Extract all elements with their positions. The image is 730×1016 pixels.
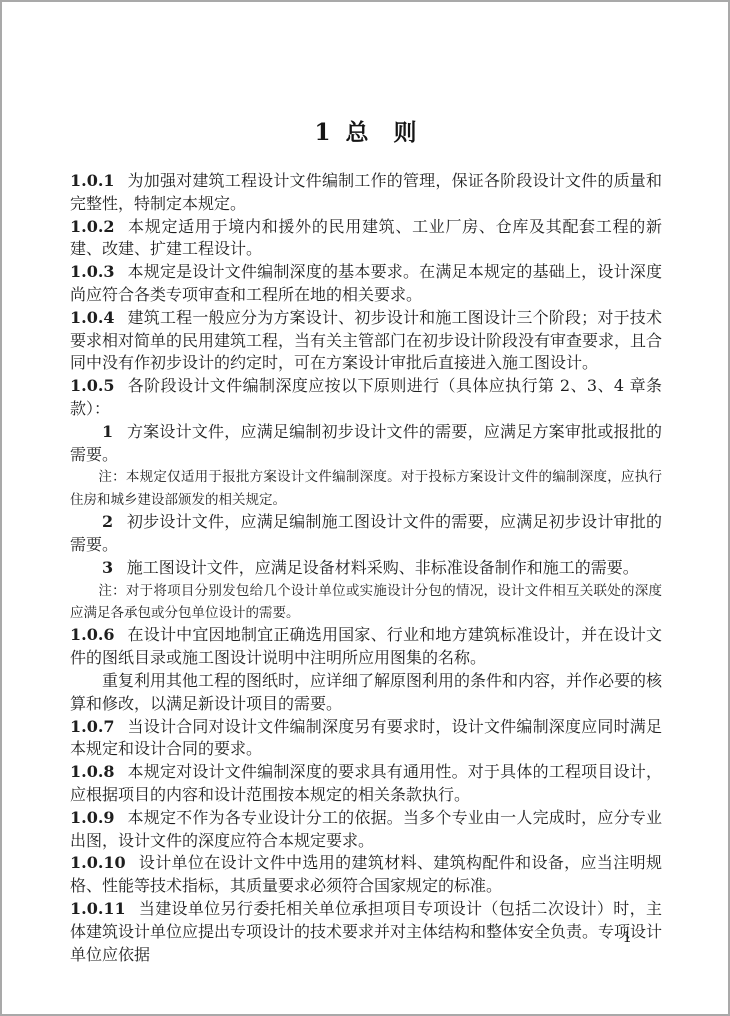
clause-text: 建筑工程一般应分为方案设计、初步设计和施工图设计三个阶段；对于技术要求相对简单的…	[70, 308, 662, 373]
clause-number: 1.0.11	[70, 899, 126, 918]
paragraph: 1.0.11当建设单位另行委托相关单位承担项目专项设计（包括二次设计）时，主体建…	[70, 898, 662, 966]
paragraph: 1.0.3本规定是设计文件编制深度的基本要求。在满足本规定的基础上，设计深度尚应…	[70, 261, 662, 307]
clause-text: 设计单位在设计文件中选用的建筑材料、建筑构配件和设备，应当注明规格、性能等技术指…	[70, 853, 662, 895]
clause-number: 1.0.3	[70, 262, 115, 281]
paragraph: 1.0.7当设计合同对设计文件编制深度另有要求时，设计文件编制深度应同时满足本规…	[70, 716, 662, 762]
clause-text: 重复利用其他工程的图纸时，应详细了解原图利用的条件和内容，并作必要的核算和修改，…	[70, 671, 662, 713]
clause-text: 施工图设计文件，应满足设备材料采购、非标准设备制作和施工的需要。	[127, 558, 639, 577]
paragraph: 1.0.5各阶段设计文件编制深度应按以下原则进行（具体应执行第 2、3、4 章条…	[70, 375, 662, 421]
clause-text: 初步设计文件，应满足编制施工图设计文件的需要，应满足初步设计审批的需要。	[70, 512, 662, 554]
clause-number: 1.0.7	[70, 717, 115, 736]
paragraph: 1.0.2本规定适用于境内和援外的民用建筑、工业厂房、仓库及其配套工程的新建、改…	[70, 216, 662, 262]
paragraph: 1.0.1为加强对建筑工程设计文件编制工作的管理，保证各阶段设计文件的质量和完整…	[70, 170, 662, 216]
clause-number: 1.0.6	[70, 625, 115, 644]
clause-text: 注：本规定仅适用于报批方案设计文件编制深度。对于投标方案设计文件的编制深度，应执…	[70, 469, 662, 507]
chapter-number: 1	[314, 119, 331, 146]
clause-number: 1.0.9	[70, 808, 115, 827]
clause-number: 1.0.10	[70, 853, 126, 872]
clause-text: 本规定不作为各专业设计分工的依据。当多个专业由一人完成时，应分专业出图，设计文件…	[70, 808, 662, 850]
clause-text: 本规定对设计文件编制深度的要求具有通用性。对于具体的工程项目设计，应根据项目的内…	[70, 762, 662, 804]
clause-number: 1	[102, 422, 113, 441]
paragraph: 3施工图设计文件，应满足设备材料采购、非标准设备制作和施工的需要。	[70, 557, 662, 580]
chapter-title-text: 总 则	[346, 119, 418, 146]
document-page: 1总 则 1.0.1为加强对建筑工程设计文件编制工作的管理，保证各阶段设计文件的…	[0, 0, 730, 1016]
clause-number: 1.0.5	[70, 376, 115, 395]
clause-number: 1.0.8	[70, 762, 115, 781]
clause-text: 注：对于将项目分别发包给几个设计单位或实施设计分包的情况，设计文件相互关联处的深…	[70, 583, 662, 621]
clause-number: 3	[102, 558, 113, 577]
clause-number: 2	[102, 512, 113, 531]
clause-text: 本规定适用于境内和援外的民用建筑、工业厂房、仓库及其配套工程的新建、改建、扩建工…	[70, 217, 662, 259]
document-content: 1总 则 1.0.1为加强对建筑工程设计文件编制工作的管理，保证各阶段设计文件的…	[2, 2, 728, 966]
clause-text: 当设计合同对设计文件编制深度另有要求时，设计文件编制深度应同时满足本规定和设计合…	[70, 717, 662, 759]
clause-text: 方案设计文件，应满足编制初步设计文件的需要，应满足方案审批或报批的需要。	[70, 422, 662, 464]
clause-text: 各阶段设计文件编制深度应按以下原则进行（具体应执行第 2、3、4 章条款）：	[70, 376, 662, 418]
chapter-title: 1总 则	[70, 118, 662, 148]
clause-text: 为加强对建筑工程设计文件编制工作的管理，保证各阶段设计文件的质量和完整性，特制定…	[70, 171, 662, 213]
clause-text: 本规定是设计文件编制深度的基本要求。在满足本规定的基础上，设计深度尚应符合各类专…	[70, 262, 662, 304]
clause-text: 在设计中宜因地制宜正确选用国家、行业和地方建筑标准设计，并在设计文件的图纸目录或…	[70, 625, 662, 667]
paragraph: 1.0.10设计单位在设计文件中选用的建筑材料、建筑构配件和设备，应当注明规格、…	[70, 852, 662, 898]
page-number: 1	[622, 928, 632, 946]
paragraph: 注：对于将项目分别发包给几个设计单位或实施设计分包的情况，设计文件相互关联处的深…	[70, 580, 662, 625]
paragraph: 1.0.4建筑工程一般应分为方案设计、初步设计和施工图设计三个阶段；对于技术要求…	[70, 307, 662, 375]
clause-number: 1.0.4	[70, 308, 115, 327]
paragraph: 1方案设计文件，应满足编制初步设计文件的需要，应满足方案审批或报批的需要。	[70, 421, 662, 467]
clause-number: 1.0.1	[70, 171, 115, 190]
paragraph: 重复利用其他工程的图纸时，应详细了解原图利用的条件和内容，并作必要的核算和修改，…	[70, 670, 662, 716]
clause-text: 当建设单位另行委托相关单位承担项目专项设计（包括二次设计）时，主体建筑设计单位应…	[70, 899, 662, 964]
paragraph: 1.0.6在设计中宜因地制宜正确选用国家、行业和地方建筑标准设计，并在设计文件的…	[70, 624, 662, 670]
paragraph: 1.0.8本规定对设计文件编制深度的要求具有通用性。对于具体的工程项目设计，应根…	[70, 761, 662, 807]
paragraph: 1.0.9本规定不作为各专业设计分工的依据。当多个专业由一人完成时，应分专业出图…	[70, 807, 662, 853]
document-body: 1.0.1为加强对建筑工程设计文件编制工作的管理，保证各阶段设计文件的质量和完整…	[70, 170, 662, 966]
paragraph: 2初步设计文件，应满足编制施工图设计文件的需要，应满足初步设计审批的需要。	[70, 511, 662, 557]
paragraph: 注：本规定仅适用于报批方案设计文件编制深度。对于投标方案设计文件的编制深度，应执…	[70, 466, 662, 511]
clause-number: 1.0.2	[70, 217, 115, 236]
